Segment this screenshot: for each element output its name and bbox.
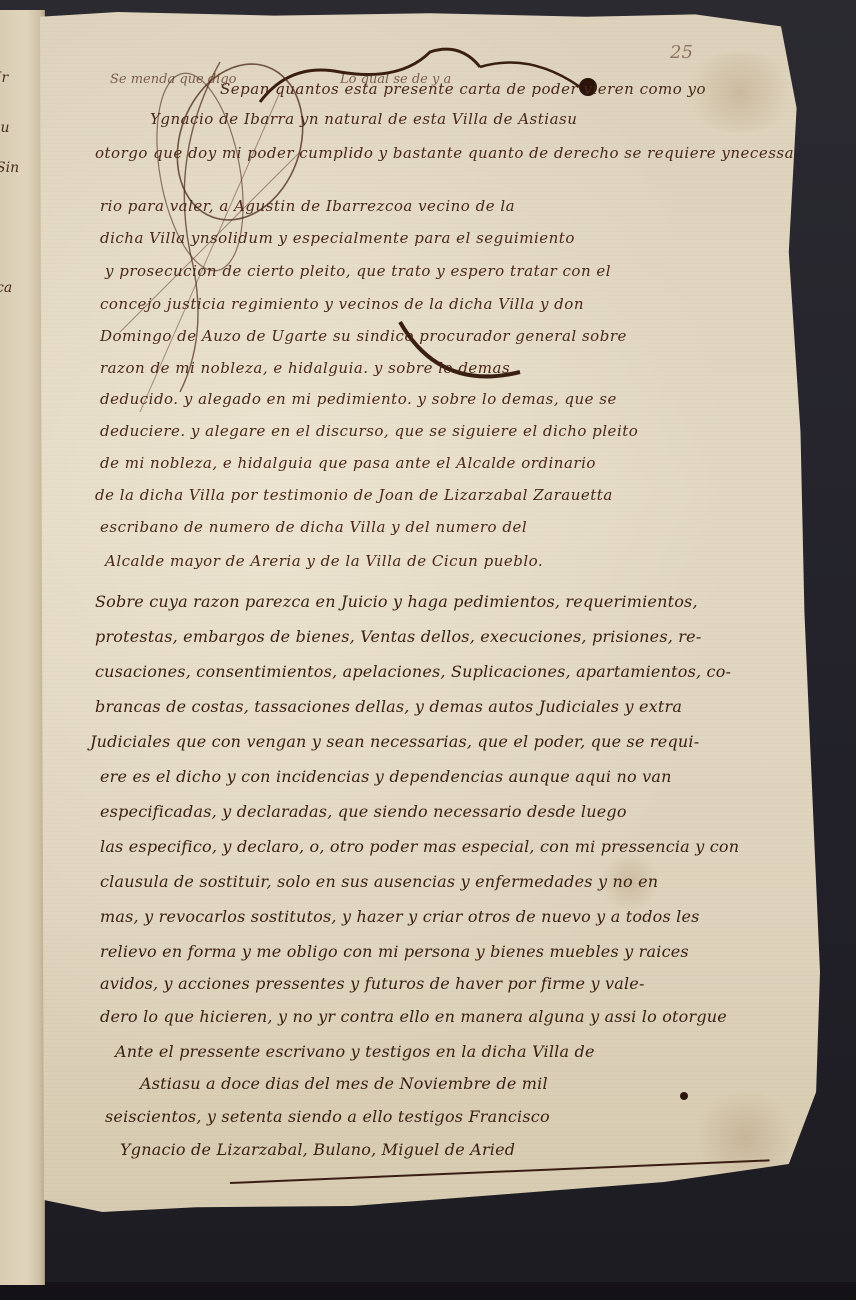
manuscript-line: dero lo que hicieren, y no yr contra ell…: [100, 1007, 727, 1026]
manuscript-line: cusaciones, consentimientos, apelaciones…: [95, 662, 731, 681]
manuscript-line: Judiciales que con vengan y sean necessa…: [90, 732, 699, 751]
adjacent-page-fragment: Sin: [0, 160, 19, 176]
ink-blot: [680, 1092, 688, 1100]
manuscript-page: 25 Se menda que digo Lo qual se de y a S…: [40, 12, 820, 1212]
manuscript-line: ere es el dicho y con incidencias y depe…: [100, 767, 672, 786]
manuscript-line: brancas de costas, tassaciones dellas, y…: [95, 697, 682, 716]
manuscript-line: otorgo que doy mi poder cumplido y basta…: [95, 144, 794, 162]
manuscript-line: deducido. y alegado en mi pedimiento. y …: [100, 390, 617, 408]
manuscript-line: relievo en forma y me obligo con mi pers…: [100, 942, 689, 961]
adjacent-page-edge: Ir lu Sin ca: [0, 10, 45, 1285]
manuscript-line: avidos, y acciones pressentes y futuros …: [100, 974, 645, 993]
manuscript-line: Ante el pressente escrivano y testigos e…: [115, 1042, 595, 1061]
manuscript-line: y prosecucion de cierto pleito, que trat…: [105, 262, 611, 280]
manuscript-line: deduciere. y alegare en el discurso, que…: [100, 422, 638, 440]
manuscript-line: de la dicha Villa por testimonio de Joan…: [95, 486, 613, 504]
manuscript-line: escribano de numero de dicha Villa y del…: [100, 518, 527, 536]
adjacent-page-fragment: lu: [0, 120, 10, 136]
manuscript-line: Ygnacio de Lizarzabal, Bulano, Miguel de…: [120, 1140, 515, 1159]
manuscript-line: Alcalde mayor de Areria y de la Villa de…: [105, 552, 543, 570]
manuscript-line: razon de mi nobleza, e hidalguia. y sobr…: [100, 359, 510, 377]
adjacent-page-fragment: ca: [0, 280, 12, 296]
manuscript-line: especificadas, y declaradas, que siendo …: [100, 802, 627, 821]
manuscript-line: de mi nobleza, e hidalguia que pasa ante…: [100, 454, 596, 472]
manuscript-line: clausula de sostituir, solo en sus ausen…: [100, 872, 658, 891]
manuscript-line: seiscientos, y setenta siendo a ello tes…: [105, 1107, 550, 1126]
manuscript-line: concejo justicia regimiento y vecinos de…: [100, 295, 584, 313]
manuscript-line: Domingo de Auzo de Ugarte su sindico pro…: [100, 327, 627, 345]
manuscript-line: Sepan quantos esta presente carta de pod…: [220, 80, 706, 98]
adjacent-page-fragment: Ir: [0, 70, 8, 86]
manuscript-line: Sobre cuya razon parezca en Juicio y hag…: [95, 592, 698, 611]
manuscript-line: Astiasu a doce dias del mes de Noviembre…: [140, 1074, 548, 1093]
manuscript-line: rio para valer, a Agustin de Ibarrezcoa …: [100, 197, 515, 215]
folio-number: 25: [670, 42, 693, 63]
manuscript-line: las especifico, y declaro, o, otro poder…: [100, 837, 739, 856]
table-edge: [0, 1282, 856, 1300]
manuscript-line: mas, y revocarlos sostitutos, y hazer y …: [100, 907, 700, 926]
manuscript-line: Ygnacio de Ibarra yn natural de esta Vil…: [150, 110, 577, 128]
manuscript-line: protestas, embargos de bienes, Ventas de…: [95, 627, 701, 646]
manuscript-line: dicha Villa ynsolidum y especialmente pa…: [100, 229, 575, 247]
